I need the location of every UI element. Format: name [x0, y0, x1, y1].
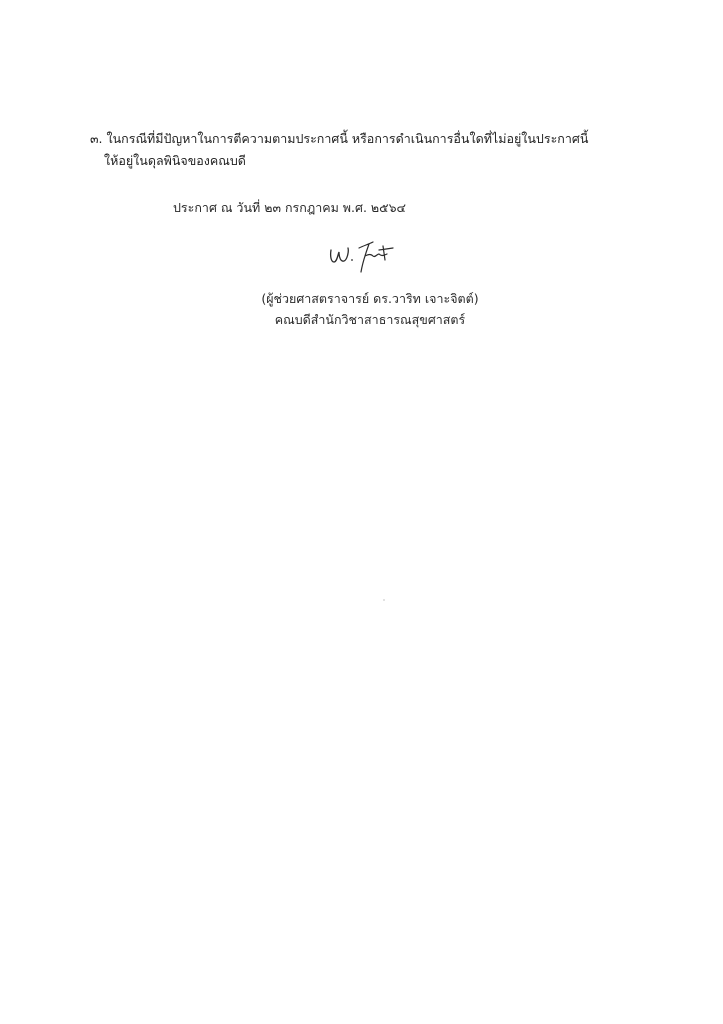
clause-text-2: ให้อยู่ในดุลพินิจของคณบดี: [90, 150, 650, 172]
announcement-date: ประกาศ ณ วันที่ ๒๓ กรกฎาคม พ.ศ. ๒๕๖๔: [173, 198, 406, 218]
scan-speck: [383, 599, 385, 601]
signature-icon: [325, 238, 405, 274]
clause-text-1: ในกรณีที่มีปัญหาในการตีความตามประกาศนี้ …: [107, 131, 589, 146]
clause-number: ๓.: [90, 131, 103, 146]
signer-position: คณบดีสำนักวิชาสาธารณสุขศาสตร์: [200, 309, 540, 330]
signer-block: (ผู้ช่วยศาสตราจารย์ ดร.วาริท เจาะจิตต์) …: [200, 288, 540, 330]
signer-name: (ผู้ช่วยศาสตราจารย์ ดร.วาริท เจาะจิตต์): [200, 288, 540, 309]
clause-line-1: ๓. ในกรณีที่มีปัญหาในการตีความตามประกาศน…: [90, 128, 650, 150]
document-page: ๓. ในกรณีที่มีปัญหาในการตีความตามประกาศน…: [0, 0, 723, 1024]
clause-3: ๓. ในกรณีที่มีปัญหาในการตีความตามประกาศน…: [90, 128, 650, 172]
